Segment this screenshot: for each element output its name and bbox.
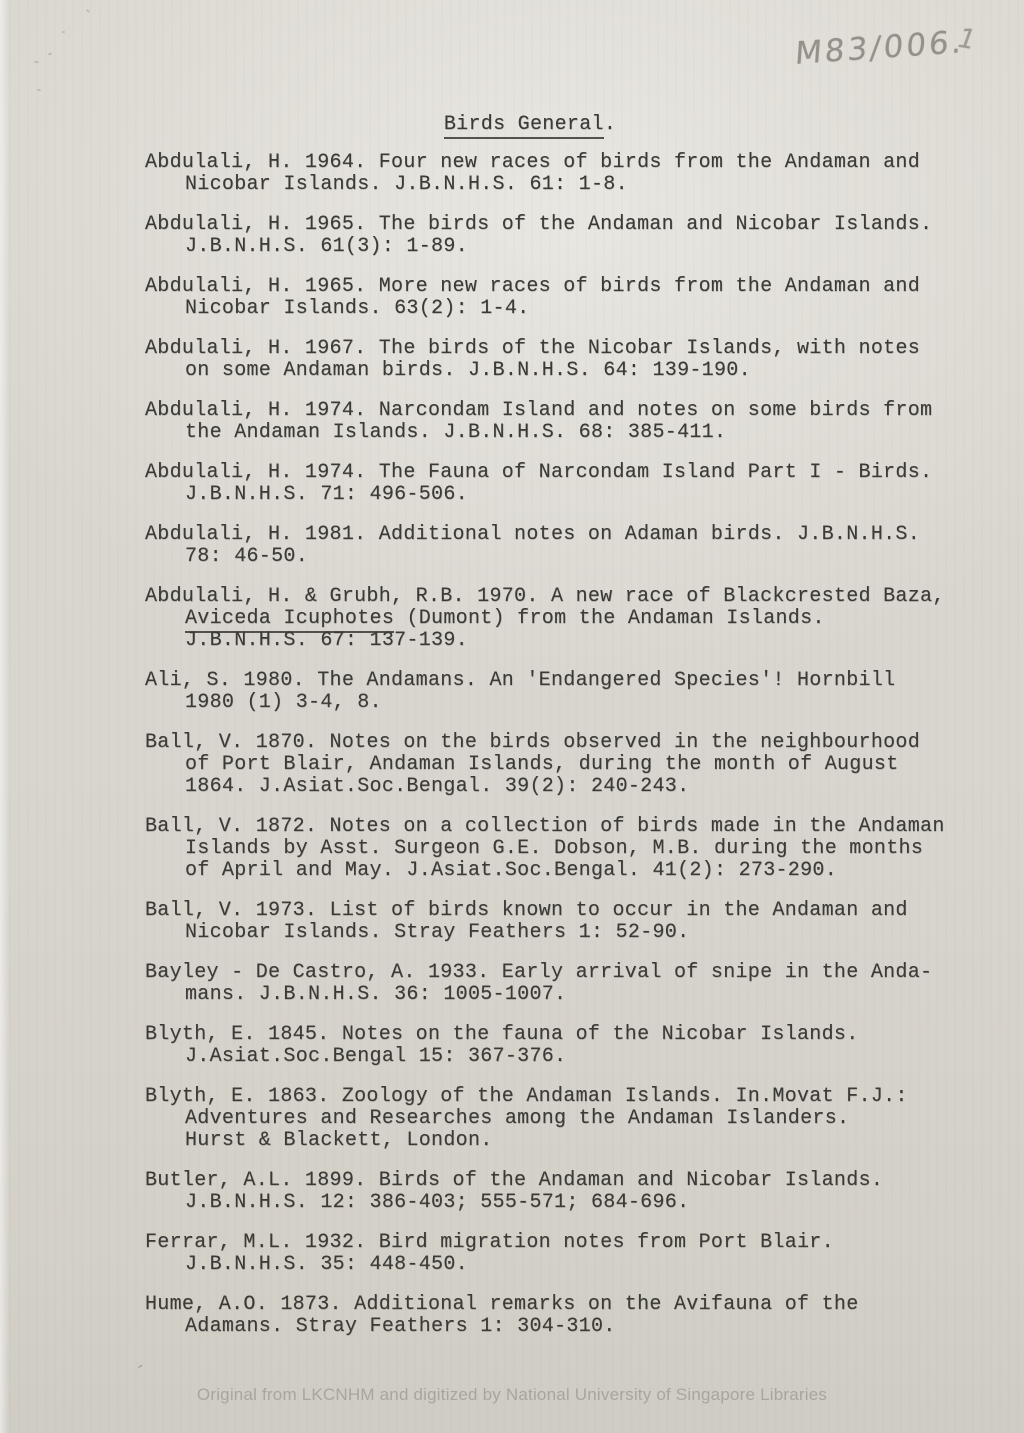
entry-line: Hurst & Blackett, London.: [185, 1129, 493, 1152]
pencil-speck: [34, 61, 39, 64]
entry-line: Ball, V. 1973. List of birds known to oc…: [145, 899, 908, 922]
entry-line: Adamans. Stray Feathers 1: 304-310.: [185, 1315, 616, 1338]
entry-line: J.B.N.H.S. 35: 448-450.: [185, 1253, 468, 1276]
entry-line: Abdulali, H. 1965. The birds of the Anda…: [145, 213, 932, 236]
bibliography-entry: Ball, V. 1973. List of birds known to oc…: [145, 900, 965, 944]
bibliography-entry: Abdulali, H. & Grubh, R.B. 1970. A new r…: [145, 586, 965, 652]
page-title: Birds General.: [145, 114, 915, 136]
bibliography-entry: Bayley - De Castro, A. 1933. Early arriv…: [145, 962, 965, 1006]
entry-line: Abdulali, H. 1965. More new races of bir…: [145, 275, 920, 298]
bibliography-entry: Blyth, E. 1863. Zoology of the Andaman I…: [145, 1086, 965, 1152]
entry-line: Nicobar Islands. 63(2): 1-4.: [185, 297, 529, 320]
entry-line: Nicobar Islands. Stray Feathers 1: 52-90…: [185, 921, 689, 944]
bibliography-entry: Butler, A.L. 1899. Birds of the Andaman …: [145, 1170, 965, 1214]
entry-line: Bayley - De Castro, A. 1933. Early arriv…: [145, 961, 932, 984]
entry-line: Ferrar, M.L. 1932. Bird migration notes …: [145, 1231, 834, 1254]
entry-line: mans. J.B.N.H.S. 36: 1005-1007.: [185, 983, 566, 1006]
footer-credit: Original from LKCNHM and digitized by Na…: [0, 1385, 1024, 1405]
bibliography-entry: Abdulali, H. 1967. The birds of the Nico…: [145, 338, 965, 382]
entry-line: Adventures and Researches among the Anda…: [185, 1107, 849, 1130]
bibliography-content: Birds General. Abdulali, H. 1964. Four n…: [145, 114, 965, 1356]
bibliography-entry: Abdulali, H. 1974. Narcondam Island and …: [145, 400, 965, 444]
bibliography-entry: Hume, A.O. 1873. Additional remarks on t…: [145, 1294, 965, 1338]
bibliography-entry: Ball, V. 1870. Notes on the birds observ…: [145, 732, 965, 798]
entry-line: Hume, A.O. 1873. Additional remarks on t…: [145, 1293, 859, 1316]
entry-line: Ali, S. 1980. The Andamans. An 'Endanger…: [145, 669, 895, 692]
entry-line: J.B.N.H.S. 12: 386-403; 555-571; 684-696…: [185, 1191, 689, 1214]
entry-line: Blyth, E. 1845. Notes on the fauna of th…: [145, 1023, 859, 1046]
entry-line: Abdulali, H. 1981. Additional notes on A…: [145, 523, 920, 546]
entry-line: of Port Blair, Andaman Islands, during t…: [185, 753, 899, 776]
entry-line: Abdulali, H. & Grubh, R.B. 1970. A new r…: [145, 585, 945, 608]
pencil-speck: [86, 9, 90, 13]
entry-line: Abdulali, H. 1964. Four new races of bir…: [145, 151, 920, 174]
bibliography-entry: Abdulali, H. 1964. Four new races of bir…: [145, 152, 965, 196]
entry-line: J.B.N.H.S. 71: 496-506.: [185, 483, 468, 506]
entry-line: 78: 46-50.: [185, 545, 308, 568]
entry-line: J.B.N.H.S. 67: 137-139.: [185, 629, 468, 652]
entry-line: Blyth, E. 1863. Zoology of the Andaman I…: [145, 1085, 908, 1108]
bibliography-entry: Abdulali, H. 1981. Additional notes on A…: [145, 524, 965, 568]
entry-line: of April and May. J.Asiat.Soc.Bengal. 41…: [185, 859, 837, 882]
bibliography-entry: Ali, S. 1980. The Andamans. An 'Endanger…: [145, 670, 965, 714]
handwritten-catalog-number: M83/006.: [794, 24, 966, 72]
scan-edge-strip: [0, 0, 9, 1433]
pencil-speck: [62, 31, 65, 33]
scanned-document-page: , M83/006. 1 Birds General. Abdulali, H.…: [0, 0, 1024, 1433]
page-title-period: .: [604, 113, 616, 136]
entry-line: Ball, V. 1872. Notes on a collection of …: [145, 815, 945, 838]
entry-line: 1864. J.Asiat.Soc.Bengal. 39(2): 240-243…: [185, 775, 689, 798]
entry-line: J.B.N.H.S. 61(3): 1-89.: [185, 235, 468, 258]
entry-line: Butler, A.L. 1899. Birds of the Andaman …: [145, 1169, 883, 1192]
entry-line: Abdulali, H. 1974. Narcondam Island and …: [145, 399, 932, 422]
bibliography-entry: Ball, V. 1872. Notes on a collection of …: [145, 816, 965, 882]
bibliography-entry: Abdulali, H. 1965. More new races of bir…: [145, 276, 965, 320]
entry-line: Nicobar Islands. J.B.N.H.S. 61: 1-8.: [185, 173, 628, 196]
entry-line: on some Andaman birds. J.B.N.H.S. 64: 13…: [185, 359, 751, 382]
bibliography-entry: Ferrar, M.L. 1932. Bird migration notes …: [145, 1232, 965, 1276]
entry-line: Islands by Asst. Surgeon G.E. Dobson, M.…: [185, 837, 923, 860]
entry-line: (Dumont) from the Andaman Islands.: [394, 607, 825, 630]
entry-line: Abdulali, H. 1967. The birds of the Nico…: [145, 337, 920, 360]
pencil-speck: [37, 88, 41, 92]
page-title-text: Birds General: [444, 113, 604, 139]
pencil-speck: [48, 52, 52, 55]
entry-line: Ball, V. 1870. Notes on the birds observ…: [145, 731, 920, 754]
entry-line: 1980 (1) 3-4, 8.: [185, 691, 382, 714]
bibliography-entry: Abdulali, H. 1965. The birds of the Anda…: [145, 214, 965, 258]
bibliography-entry: Abdulali, H. 1974. The Fauna of Narconda…: [145, 462, 965, 506]
bibliography-entry: Blyth, E. 1845. Notes on the fauna of th…: [145, 1024, 965, 1068]
entry-line: Abdulali, H. 1974. The Fauna of Narconda…: [145, 461, 932, 484]
entry-line: the Andaman Islands. J.B.N.H.S. 68: 385-…: [185, 421, 726, 444]
entry-line: J.Asiat.Soc.Bengal 15: 367-376.: [185, 1045, 566, 1068]
